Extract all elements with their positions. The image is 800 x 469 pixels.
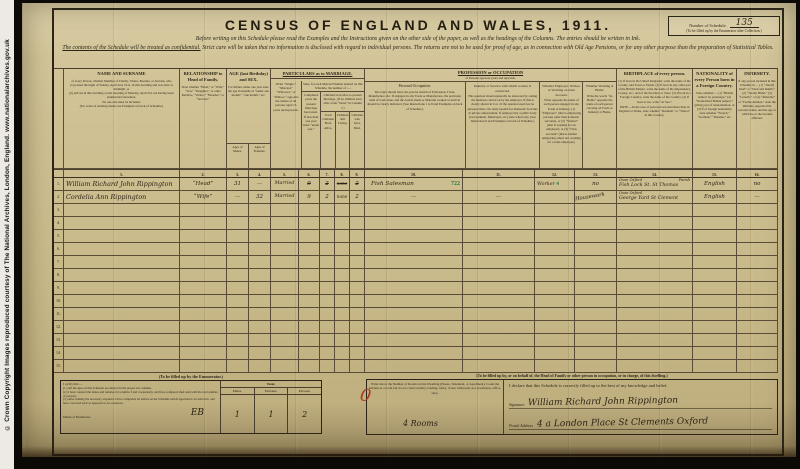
empty-cell (271, 308, 299, 321)
empty-cell (693, 334, 737, 347)
empty-cell (365, 204, 463, 217)
empty-cell (463, 204, 535, 217)
entry-relationship: “Head” (180, 178, 227, 191)
colnum-16: 16. (737, 169, 778, 178)
empty-cell (271, 204, 299, 217)
entry-occupation: Fish Salesman 722 (365, 178, 463, 191)
empty-cell (249, 217, 271, 230)
empty-cell (299, 230, 320, 243)
census-form-paper: CENSUS OF ENGLAND AND WALES, 1911. Numbe… (22, 3, 796, 457)
empty-cell (617, 321, 693, 334)
empty-cell (64, 256, 180, 269)
empty-cell (180, 347, 227, 360)
empty-cell (350, 256, 365, 269)
empty-cell (575, 295, 617, 308)
entry-years-married: 9 (299, 191, 320, 204)
empty-cell (463, 282, 535, 295)
header-birthplace: BIRTHPLACE of every person. (1) If born … (617, 69, 693, 169)
totals-females: Females. 1 (254, 388, 288, 433)
enumerator-heading: (To be filled up by the Enumerator.) (60, 374, 322, 379)
empty-cell (64, 347, 180, 360)
empty-cell (350, 230, 365, 243)
empty-cell (271, 256, 299, 269)
empty-cell (299, 334, 320, 347)
entry-name: William Richard John Rippington (64, 178, 180, 191)
empty-cell (271, 243, 299, 256)
empty-cell (365, 243, 463, 256)
empty-cell (365, 321, 463, 334)
empty-cell (335, 243, 350, 256)
empty-cell (335, 230, 350, 243)
row-number: 2. (54, 191, 64, 204)
empty-cell (271, 282, 299, 295)
empty-cell (617, 360, 693, 373)
empty-cell (535, 360, 575, 373)
colnum-9: 9. (350, 169, 365, 178)
empty-cell (617, 269, 693, 282)
empty-cell (227, 256, 249, 269)
header-relationship: RELATIONSHIP to Head of Family. State wh… (180, 69, 227, 169)
empty-cell (693, 230, 737, 243)
empty-cell (535, 217, 575, 230)
empty-cell (320, 347, 335, 360)
empty-cell (335, 334, 350, 347)
header-employment-status: Whether Employer, Worker, or Working on … (540, 82, 583, 168)
enumerator-section: (To be filled up by the Enumerator.) I c… (60, 374, 322, 448)
empty-cell (180, 308, 227, 321)
header-personal-occupation: Personal Occupation. The reply should sh… (365, 82, 466, 168)
empty-cell (350, 243, 365, 256)
confidential-note-cont: Strict care will be taken that no inform… (202, 45, 774, 51)
entry-age-male: — (227, 191, 249, 204)
empty-cell (350, 204, 365, 217)
empty-cell (535, 243, 575, 256)
header-marriage-status: Write “Single,” “Married,” “Widower,” or… (271, 81, 302, 168)
colnum-2: 2. (180, 169, 227, 178)
empty-cell (249, 243, 271, 256)
colnum-15: 15. (693, 169, 737, 178)
empty-cell (535, 347, 575, 360)
empty-cell (227, 204, 249, 217)
entry-age-male: 31 (227, 178, 249, 191)
empty-cell (463, 347, 535, 360)
empty-cell (299, 269, 320, 282)
empty-cell (350, 295, 365, 308)
empty-cell (320, 243, 335, 256)
declaration-text: I declare that this Schedule is correctl… (509, 383, 772, 388)
entry-years-married: 9 (299, 178, 320, 191)
row-number: 1. (54, 178, 64, 191)
empty-cell (271, 269, 299, 282)
form-footer: (To be filled up by the Enumerator.) I c… (60, 374, 778, 448)
empty-cell (693, 360, 737, 373)
empty-cell (693, 347, 737, 360)
entry-birthplace: Oxon Oxford George Yard St Clement (617, 191, 693, 204)
empty-cell (463, 217, 535, 230)
entry-employment: Worker 4 (535, 178, 575, 191)
header-age-females: Ages of Females. (249, 144, 270, 168)
empty-cell (64, 217, 180, 230)
empty-cell (350, 347, 365, 360)
entry-children-born: 2 (320, 191, 335, 204)
row-number: 13. (54, 334, 64, 347)
empty-cell (320, 321, 335, 334)
row-number: 10. (54, 295, 64, 308)
empty-cell (64, 308, 180, 321)
empty-cell (693, 256, 737, 269)
empty-cell (463, 295, 535, 308)
declaration-section: (To be filled up by, or on behalf of, th… (366, 374, 778, 448)
empty-cell (335, 282, 350, 295)
empty-cell (64, 334, 180, 347)
empty-cell (365, 347, 463, 360)
header-children-died: Children who have Died. (350, 112, 364, 168)
rooms-instruction: Write below the Number of Rooms in this … (369, 382, 501, 395)
empty-cell (227, 243, 249, 256)
empty-cell (463, 230, 535, 243)
empty-cell (463, 321, 535, 334)
empty-cell (737, 347, 778, 360)
empty-cell (350, 282, 365, 295)
empty-cell (249, 308, 271, 321)
empty-cell (693, 204, 737, 217)
clerk-code-722: 722 (451, 178, 460, 190)
empty-cell (227, 282, 249, 295)
empty-cell (535, 295, 575, 308)
empty-cell (575, 243, 617, 256)
empty-cell (271, 295, 299, 308)
confidential-note: The contents of the Schedule will be tre… (62, 45, 200, 51)
birthplace-detail: Fish Lock St. St Thomas (617, 182, 692, 190)
empty-cell (249, 334, 271, 347)
empty-cell (737, 282, 778, 295)
empty-cell (64, 230, 180, 243)
empty-cell (617, 243, 693, 256)
instruction-line-2: The contents of the Schedule will be tre… (54, 44, 782, 53)
entry-children-living: none (335, 191, 350, 204)
empty-cell (365, 308, 463, 321)
header-children-born: Total Children Born Alive. (321, 112, 336, 168)
empty-cell (320, 204, 335, 217)
empty-cell (463, 334, 535, 347)
empty-cell (299, 321, 320, 334)
postal-address-label: Postal Address (509, 423, 533, 428)
empty-cell (249, 269, 271, 282)
empty-cell (180, 282, 227, 295)
entry-marriage: Married (271, 178, 299, 191)
empty-cell (737, 334, 778, 347)
empty-cell (299, 256, 320, 269)
empty-cell (365, 217, 463, 230)
empty-cell (693, 282, 737, 295)
row-number: 3. (54, 204, 64, 217)
empty-cell (180, 243, 227, 256)
empty-cell (575, 256, 617, 269)
header-rownum (54, 69, 64, 169)
entry-name: Cordelia Ann Rippington (64, 191, 180, 204)
entry-industry (463, 178, 535, 191)
empty-cell (335, 347, 350, 360)
header-years-married: Completed years the present Marriage has… (302, 92, 322, 168)
empty-cell (693, 295, 737, 308)
schedule-number-value: 135 (730, 19, 759, 28)
header-profession: PROFESSION or OCCUPATION of Persons aged… (365, 69, 617, 169)
empty-cell (535, 334, 575, 347)
empty-cell (227, 334, 249, 347)
empty-cell (249, 230, 271, 243)
colnum-4: 4. (249, 169, 271, 178)
empty-cell (227, 295, 249, 308)
empty-cell (227, 360, 249, 373)
rooms-count: 4 Rooms (403, 419, 501, 429)
empty-cell (575, 269, 617, 282)
declaration-inner: I declare that this Schedule is correctl… (504, 380, 777, 434)
empty-cell (180, 360, 227, 373)
empty-cell (64, 204, 180, 217)
entry-children-born: 2 (320, 178, 335, 191)
empty-cell (535, 282, 575, 295)
schedule-table: NAME AND SURNAME of every Person, whethe… (54, 68, 778, 373)
empty-cell (575, 230, 617, 243)
empty-cell (365, 269, 463, 282)
empty-cell (737, 308, 778, 321)
empty-cell (535, 256, 575, 269)
row-number: 15. (54, 360, 64, 373)
empty-cell (299, 360, 320, 373)
empty-cell (365, 230, 463, 243)
enumerator-initials: EB (191, 408, 204, 419)
empty-cell (299, 295, 320, 308)
empty-cell (320, 295, 335, 308)
colnum-3: 3. (227, 169, 249, 178)
row-number: 5. (54, 230, 64, 243)
row-number: 12. (54, 321, 64, 334)
empty-cell (335, 360, 350, 373)
entry-children-died: 2 (350, 191, 365, 204)
empty-cell (617, 230, 693, 243)
empty-cell (350, 308, 365, 321)
totals-persons: Persons. 2 (287, 388, 321, 433)
empty-cell (350, 321, 365, 334)
empty-cell (535, 230, 575, 243)
empty-cell (227, 269, 249, 282)
empty-cell (249, 347, 271, 360)
empty-cell (227, 321, 249, 334)
empty-cell (693, 321, 737, 334)
scanned-census-page: © Crown Copyright Images reproduced cour… (0, 0, 800, 469)
printed-frame: CENSUS OF ENGLAND AND WALES, 1911. Numbe… (52, 8, 784, 456)
empty-cell (64, 321, 180, 334)
row-number: 8. (54, 269, 64, 282)
copyright-text: © Crown Copyright Images reproduced cour… (4, 39, 11, 431)
empty-cell (575, 308, 617, 321)
empty-cell (320, 269, 335, 282)
empty-cell (535, 321, 575, 334)
row-number: 9. (54, 282, 64, 295)
empty-cell (617, 334, 693, 347)
empty-cell (180, 217, 227, 230)
empty-cell (535, 204, 575, 217)
empty-cell (271, 347, 299, 360)
paper-bottom-shadow (22, 446, 796, 457)
entry-at-home: Housework (575, 191, 617, 204)
empty-cell (249, 204, 271, 217)
empty-cell (180, 269, 227, 282)
row-number: 7. (54, 256, 64, 269)
empty-cell (350, 360, 365, 373)
entry-age-female: — (249, 178, 271, 191)
empty-cell (617, 347, 693, 360)
empty-cell (737, 360, 778, 373)
row-number: 11. (54, 308, 64, 321)
empty-cell (249, 256, 271, 269)
entry-occupation: — (365, 191, 463, 204)
entry-marriage: Married (271, 191, 299, 204)
colnum-blank (54, 169, 64, 178)
empty-cell (335, 295, 350, 308)
empty-cell (693, 308, 737, 321)
empty-cell (350, 334, 365, 347)
empty-cell (180, 230, 227, 243)
empty-cell (335, 269, 350, 282)
empty-cell (299, 243, 320, 256)
colnum-8: 8. (335, 169, 350, 178)
empty-cell (575, 347, 617, 360)
empty-cell (271, 321, 299, 334)
empty-cell (737, 321, 778, 334)
empty-cell (180, 256, 227, 269)
empty-cell (320, 217, 335, 230)
empty-cell (617, 308, 693, 321)
empty-cell (227, 308, 249, 321)
empty-cell (617, 204, 693, 217)
header-age: AGE (last Birthday) and SEX. For Infants… (227, 69, 271, 169)
enumerator-box: I certify that:— (1.) All the ages on th… (60, 380, 322, 434)
empty-cell (64, 360, 180, 373)
empty-cell (350, 269, 365, 282)
birthplace-parish-note: Parish (679, 178, 690, 182)
row-number: 14. (54, 347, 64, 360)
colnum-7: 7. (320, 169, 335, 178)
header-name: NAME AND SURNAME of every Person, whethe… (64, 69, 180, 169)
empty-cell (737, 295, 778, 308)
empty-cell (299, 204, 320, 217)
empty-cell (249, 282, 271, 295)
clerk-code-4: 4 (556, 181, 559, 187)
empty-cell (737, 269, 778, 282)
empty-cell (463, 360, 535, 373)
empty-cell (617, 295, 693, 308)
empty-cell (463, 243, 535, 256)
colnum-6: 6. (299, 169, 320, 178)
birthplace-detail: George Yard St Clement (617, 195, 692, 203)
empty-cell (350, 217, 365, 230)
certify-text: I certify that:— (1.) All the ages on th… (61, 381, 221, 433)
empty-cell (463, 256, 535, 269)
empty-cell (180, 321, 227, 334)
totals-males: Males. 1 (221, 388, 254, 433)
empty-cell (271, 360, 299, 373)
empty-cell (365, 295, 463, 308)
empty-cell (299, 347, 320, 360)
entry-industry: — (463, 191, 535, 204)
empty-cell (365, 360, 463, 373)
empty-cell (64, 269, 180, 282)
empty-cell (463, 308, 535, 321)
header-marriage: PARTICULARS as to MARRIAGE. Write “Singl… (271, 69, 365, 169)
postal-address-value: 4 a London Place St Clements Oxford (537, 417, 708, 430)
header-nationality: NATIONALITY of every Person born in a Fo… (693, 69, 737, 169)
empty-cell (227, 230, 249, 243)
empty-cell (335, 308, 350, 321)
empty-cell (335, 204, 350, 217)
empty-cell (617, 282, 693, 295)
schedule-number-label: Number of Schedule. (689, 23, 726, 28)
empty-cell (271, 334, 299, 347)
empty-cell (320, 282, 335, 295)
empty-cell (535, 308, 575, 321)
empty-cell (320, 360, 335, 373)
empty-cell (575, 321, 617, 334)
colnum-1: 1. (64, 169, 180, 178)
colnum-13: 13. (575, 169, 617, 178)
entry-nationality: English (693, 191, 737, 204)
empty-cell (227, 347, 249, 360)
instruction-line-1: Before writing on this Schedule please r… (54, 36, 782, 42)
empty-cell (737, 204, 778, 217)
signature-label: Signature (509, 402, 524, 407)
header-infirmity: INFIRMITY. If any person included in thi… (737, 69, 778, 169)
totals-table: Total. Males. 1 Females. 1 (221, 381, 321, 433)
empty-cell (299, 217, 320, 230)
empty-cell (535, 269, 575, 282)
empty-cell (320, 308, 335, 321)
entry-children-died: 2 (350, 178, 365, 191)
entry-relationship: “Wife” (180, 191, 227, 204)
empty-cell (365, 282, 463, 295)
empty-cell (365, 256, 463, 269)
empty-cell (249, 295, 271, 308)
empty-cell (335, 321, 350, 334)
header-at-home: Whether Working at Home. Write the words… (583, 82, 616, 168)
empty-cell (463, 269, 535, 282)
empty-cell (271, 230, 299, 243)
entry-infirmity: no (737, 178, 778, 191)
empty-cell (575, 217, 617, 230)
row-number: 4. (54, 217, 64, 230)
colnum-12: 12. (535, 169, 575, 178)
entry-infirmity: — (737, 191, 778, 204)
empty-cell (693, 217, 737, 230)
empty-cell (180, 334, 227, 347)
empty-cell (320, 256, 335, 269)
colnum-5: 5. (271, 169, 299, 178)
header-married-women-note: State, for each Married Woman entered on… (302, 81, 364, 92)
empty-cell (271, 217, 299, 230)
empty-cell (299, 308, 320, 321)
empty-cell (180, 295, 227, 308)
empty-cell (617, 256, 693, 269)
empty-cell (575, 282, 617, 295)
colnum-14: 14. (617, 169, 693, 178)
declaration-heading: (To be filled up by, or on behalf of, th… (366, 374, 778, 378)
empty-cell (299, 282, 320, 295)
totals-label: Total. (221, 381, 321, 388)
entry-age-female: 32 (249, 191, 271, 204)
empty-cell (320, 230, 335, 243)
row-number: 6. (54, 243, 64, 256)
header-children-living: Children still Living. (336, 112, 351, 168)
